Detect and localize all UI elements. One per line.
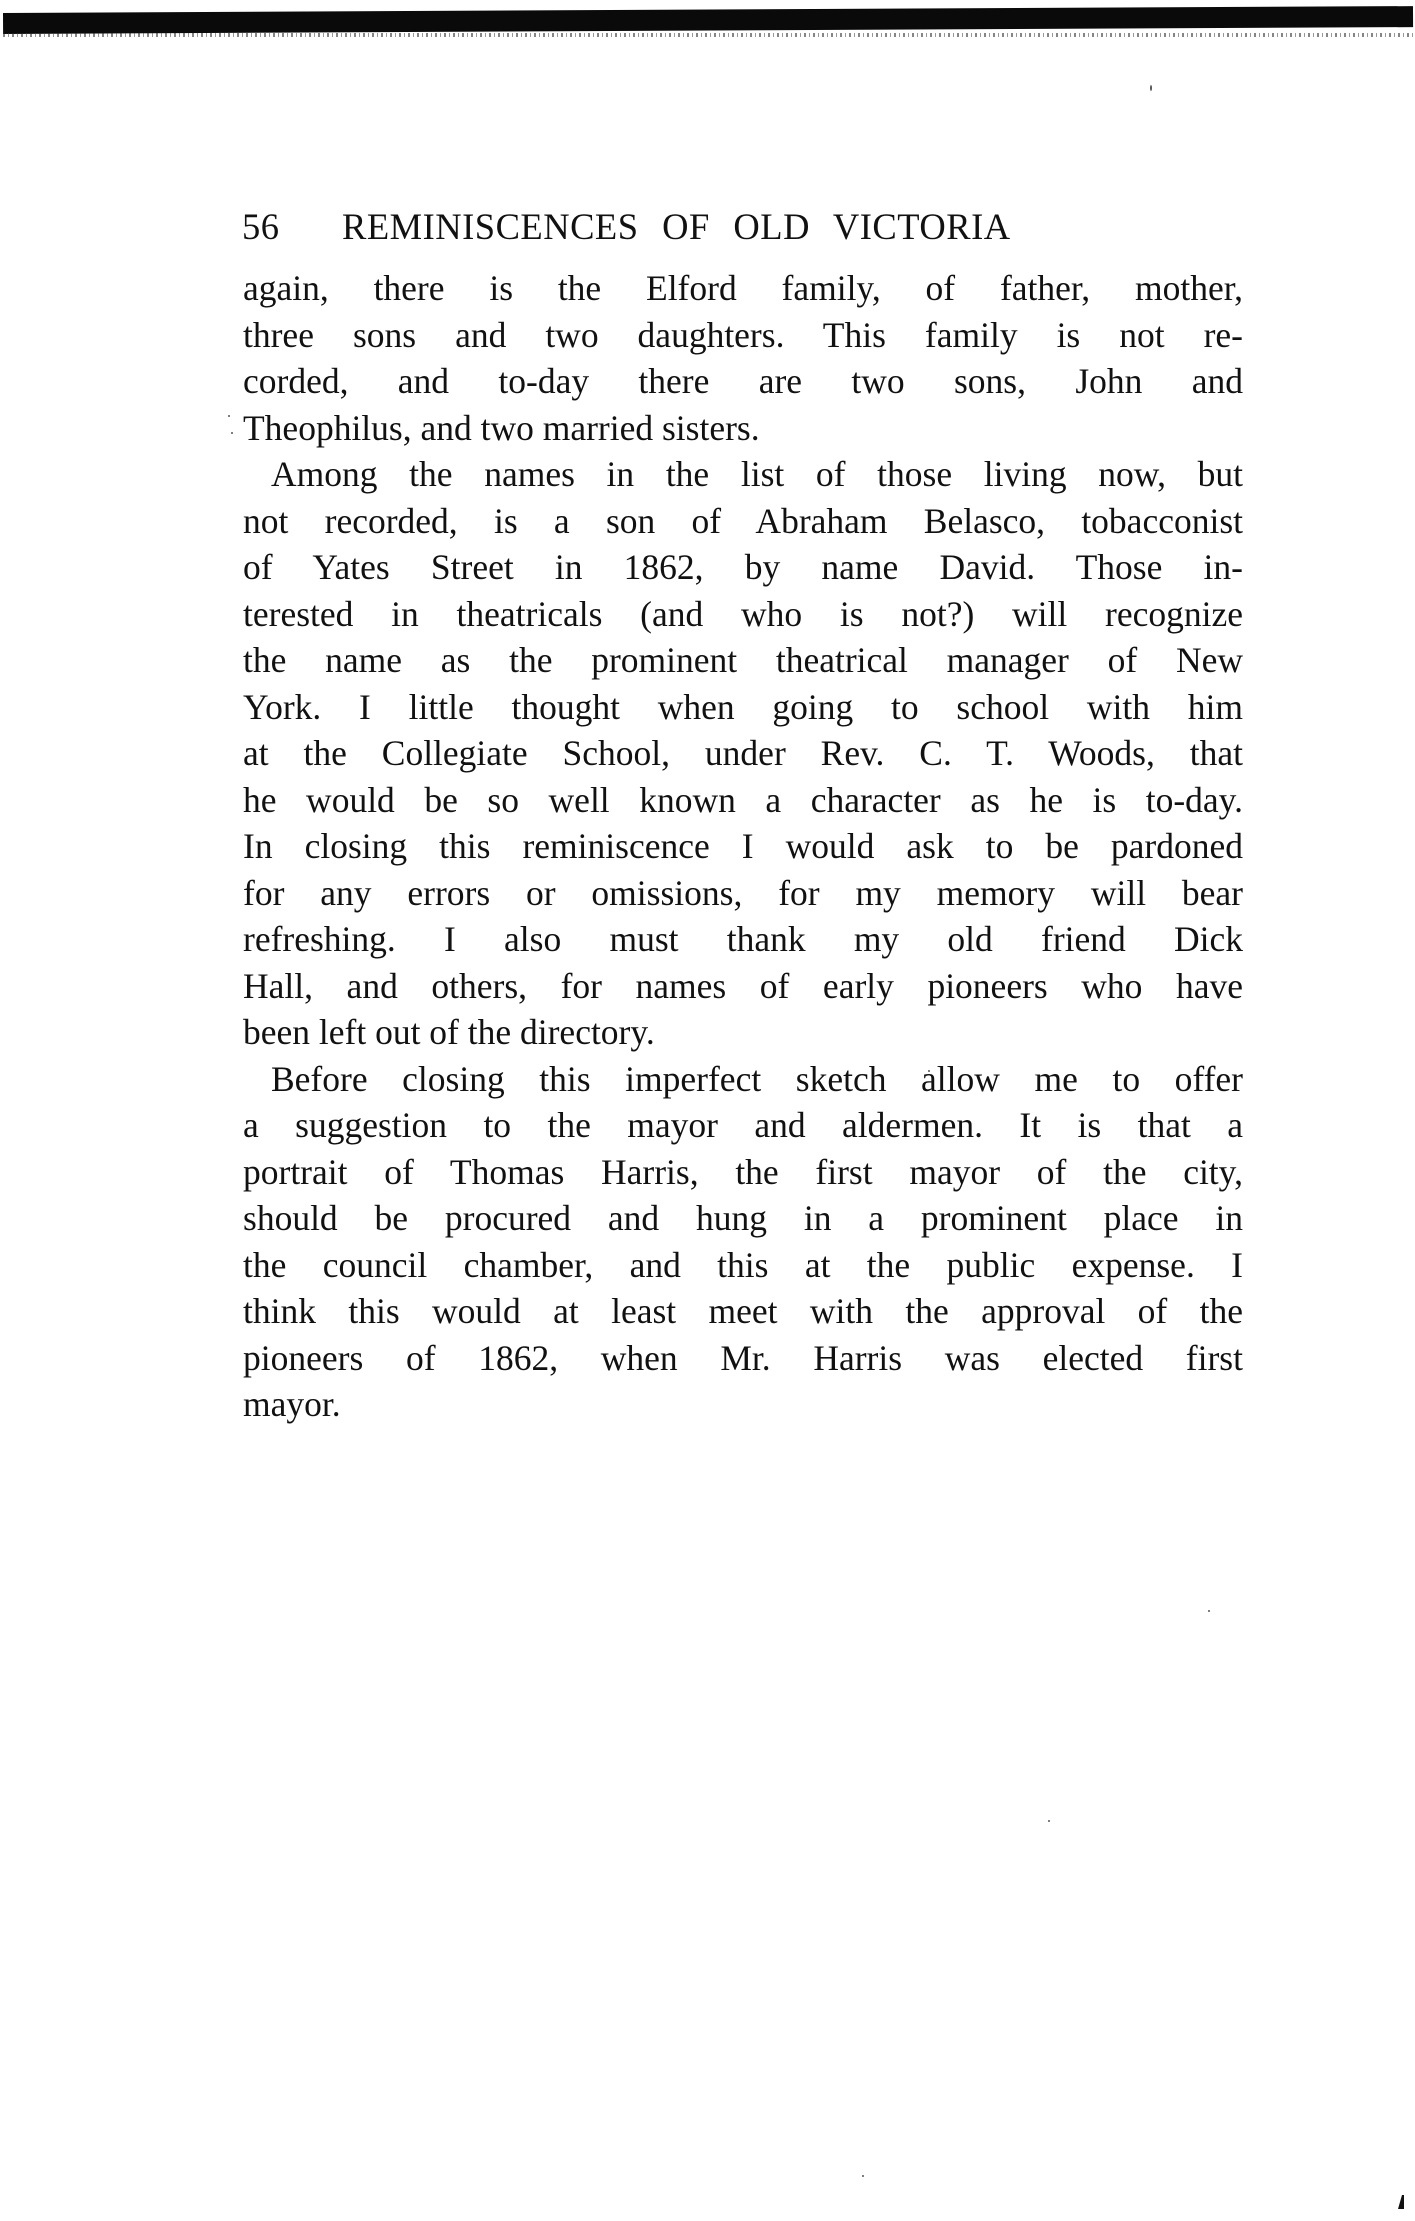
text-line: mayor. <box>243 1381 1243 1428</box>
text-line: should be procured and hung in a promine… <box>243 1195 1243 1242</box>
page-number: 56 <box>242 205 342 248</box>
text-line: at the Collegiate School, under Rev. C. … <box>243 730 1243 777</box>
text-line: a suggestion to the mayor and aldermen. … <box>243 1102 1243 1149</box>
scan-speck <box>862 2175 864 2177</box>
scan-speck <box>1208 1610 1210 1612</box>
text-line: again, there is the Elford family, of fa… <box>243 265 1243 312</box>
text-line: three sons and two daughters. This famil… <box>243 312 1243 359</box>
text-line: for any errors or omissions, for my memo… <box>243 870 1243 917</box>
scan-speck <box>228 415 230 417</box>
text-line: the name as the prominent theatrical man… <box>243 637 1243 684</box>
text-line: been left out of the directory. <box>243 1009 1243 1056</box>
scan-speck <box>928 1070 930 1072</box>
running-head-title: REMINISCENCES OF OLD VICTORIA <box>342 205 1011 248</box>
text-line: not recorded, is a son of Abraham Belasc… <box>243 498 1243 545</box>
scan-border-noise <box>3 33 1413 37</box>
scan-corner-mark <box>1398 2195 1404 2209</box>
text-line: Among the names in the list of those liv… <box>243 451 1243 498</box>
text-line: terested in theatricals (and who is not?… <box>243 591 1243 638</box>
body-text: again, there is the Elford family, of fa… <box>243 265 1243 1428</box>
text-line: In closing this reminiscence I would ask… <box>243 823 1243 870</box>
paragraph-2: Among the names in the list of those liv… <box>243 451 1243 1056</box>
text-line: of Yates Street in 1862, by name David. … <box>243 544 1243 591</box>
text-line: he would be so well known a character as… <box>243 777 1243 824</box>
text-line: corded, and to-day there are two sons, J… <box>243 358 1243 405</box>
text-line: think this would at least meet with the … <box>243 1288 1243 1335</box>
page-header: 56 REMINISCENCES OF OLD VICTORIA <box>242 205 1202 255</box>
paragraph-1: again, there is the Elford family, of fa… <box>243 265 1243 451</box>
text-line: York. I little thought when going to sch… <box>243 684 1243 731</box>
text-line: Before closing this imperfect sketch all… <box>243 1056 1243 1103</box>
scan-speck <box>1048 1820 1050 1822</box>
scan-speck <box>1150 85 1152 91</box>
text-line: the council chamber, and this at the pub… <box>243 1242 1243 1289</box>
paragraph-3: Before closing this imperfect sketch all… <box>243 1056 1243 1428</box>
text-line: Theophilus, and two married sisters. <box>243 405 1243 452</box>
text-line: portrait of Thomas Harris, the first may… <box>243 1149 1243 1196</box>
text-line: Hall, and others, for names of early pio… <box>243 963 1243 1010</box>
scan-border-bar <box>3 6 1413 34</box>
scan-speck <box>231 432 233 434</box>
text-line: refreshing. I also must thank my old fri… <box>243 916 1243 963</box>
text-line: pioneers of 1862, when Mr. Harris was el… <box>243 1335 1243 1382</box>
